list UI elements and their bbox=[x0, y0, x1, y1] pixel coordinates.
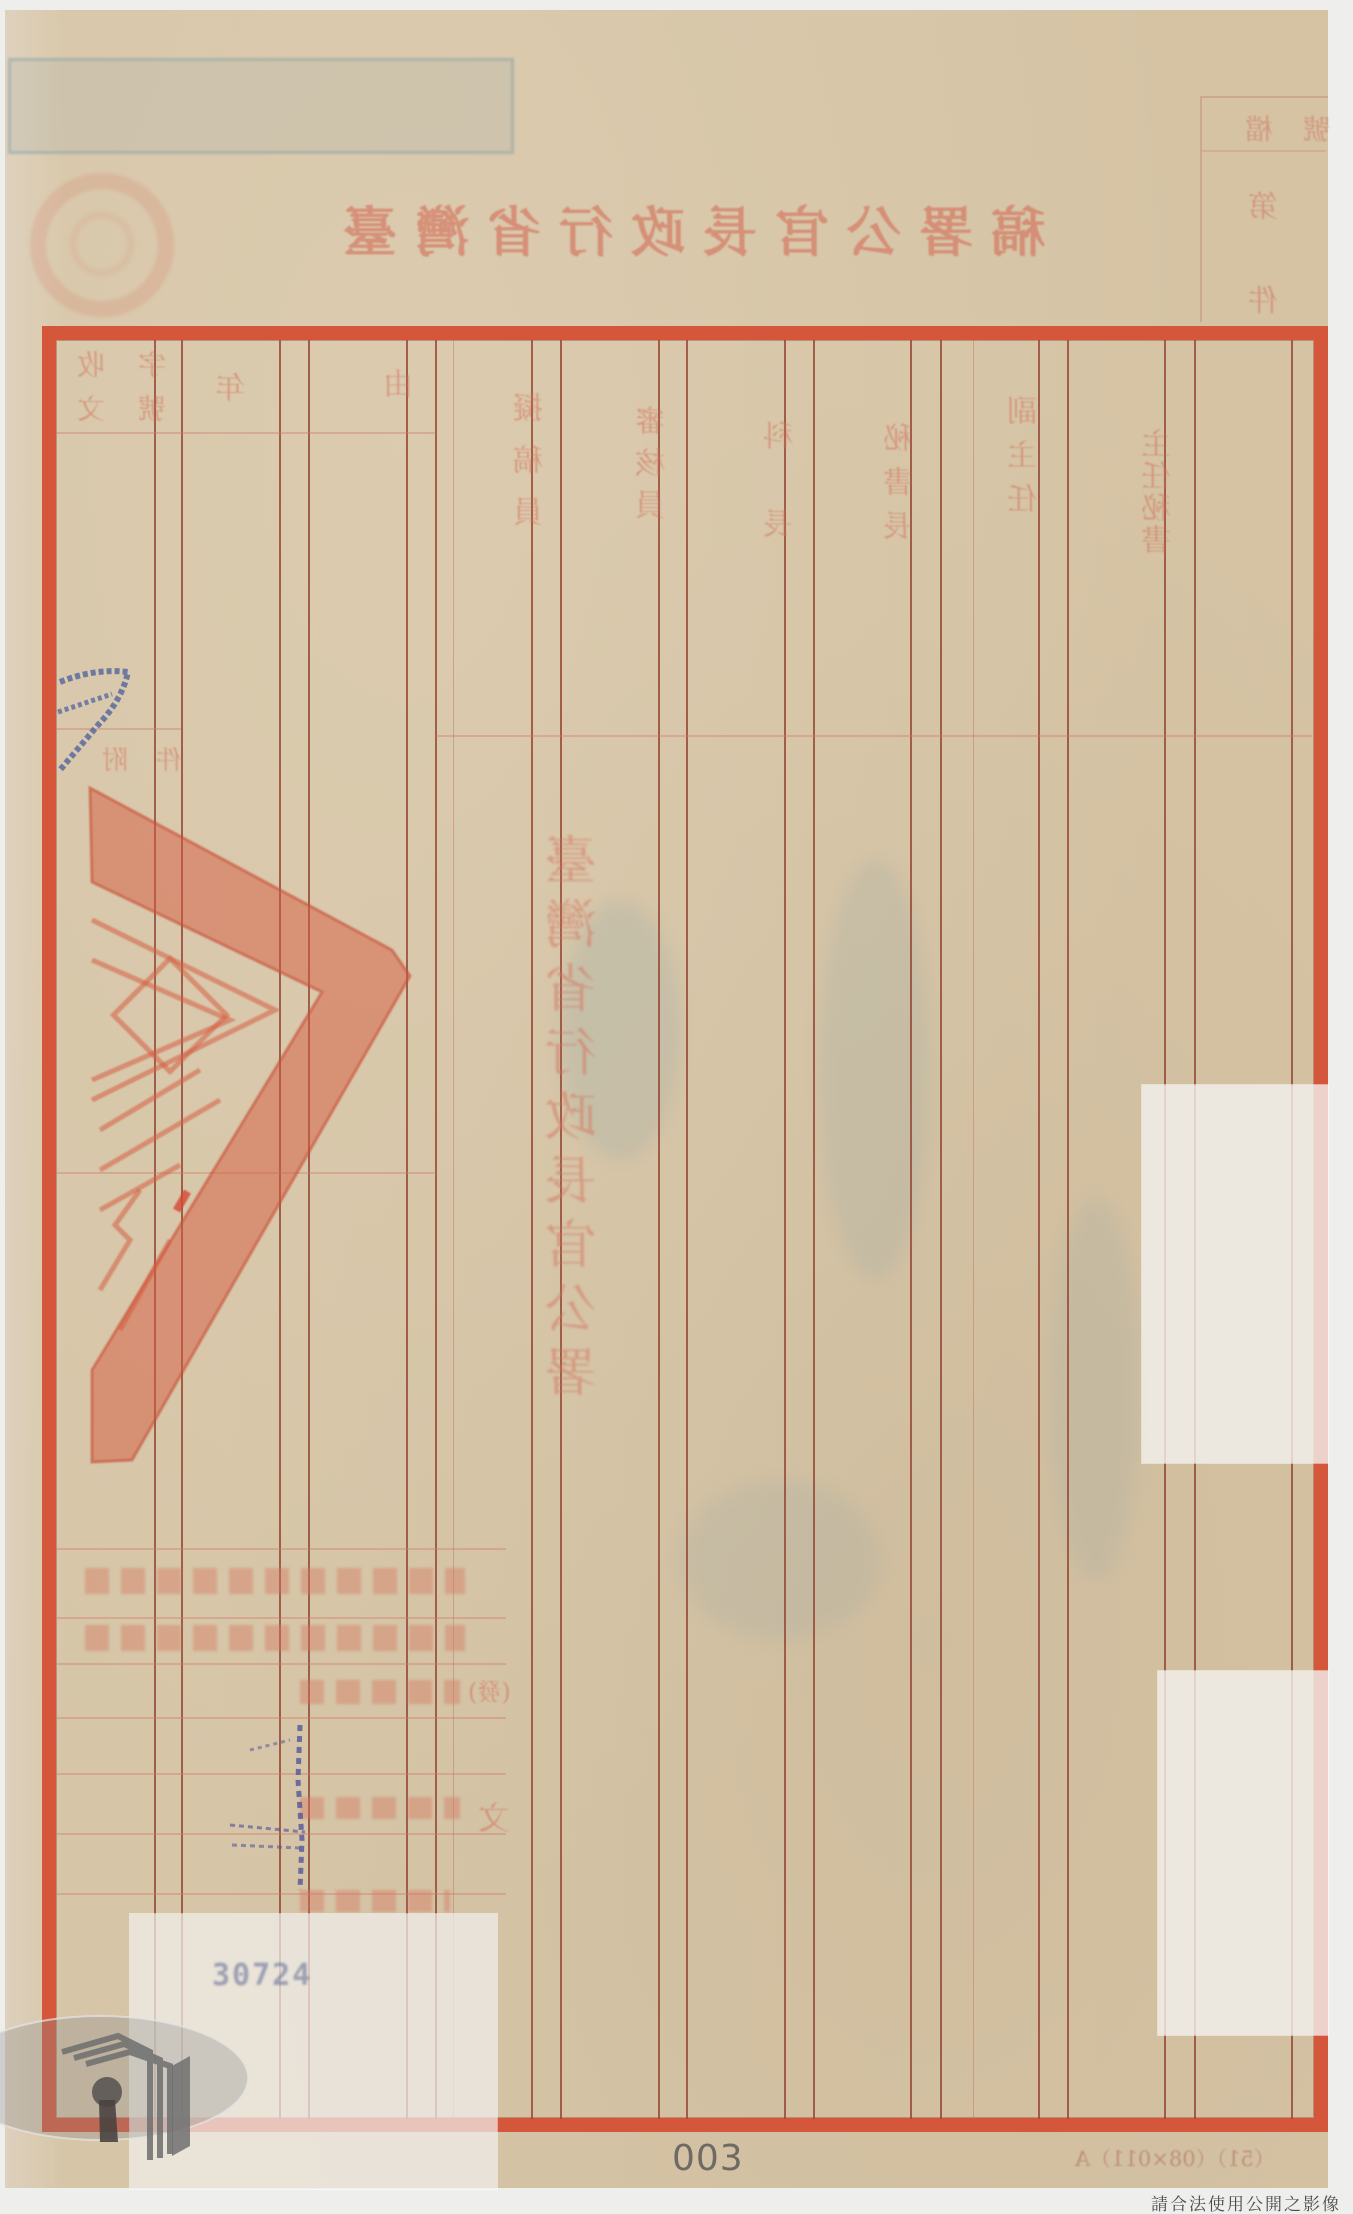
column-rule bbox=[1038, 340, 1040, 2119]
header-label-section-chief: 科 長 bbox=[760, 420, 804, 552]
file-box-divider bbox=[1202, 150, 1326, 152]
stamp-block-row bbox=[56, 1617, 506, 1619]
office-name-print: 臺灣省行政長官公署 bbox=[538, 833, 613, 1409]
stamp-block-row bbox=[56, 1717, 506, 1719]
blue-stamp-box bbox=[8, 58, 514, 154]
document-title: 臺灣省行政長官公署稿 bbox=[325, 200, 1045, 264]
printed-form-code: A（110×80）（15） bbox=[1075, 2143, 1275, 2173]
circle-seal-inner bbox=[70, 212, 134, 276]
column-rule bbox=[784, 340, 786, 2119]
column-rule bbox=[813, 340, 815, 2119]
file-number-label: 檔號 bbox=[1215, 108, 1310, 148]
file-ordinal-label: 第 bbox=[1248, 182, 1278, 226]
header-section-divider bbox=[436, 735, 1312, 737]
handwritten-serial-number: 30724 bbox=[212, 1958, 312, 1993]
stamp-block-top bbox=[56, 1548, 506, 1550]
file-unit-label: 件 bbox=[1248, 276, 1278, 320]
header-label-year: 年 bbox=[212, 372, 256, 402]
illegible-print-row bbox=[300, 1680, 460, 1704]
usage-notice: 請合法使用公開之影像 bbox=[1151, 2190, 1341, 2214]
column-rule bbox=[435, 340, 437, 2119]
official-seal-icon bbox=[60, 770, 420, 1470]
header-label-drafter: 擬稿員 bbox=[510, 392, 554, 548]
header-label-reviewer: 審核員 bbox=[632, 405, 676, 531]
blue-handwriting-icon bbox=[220, 1720, 330, 1900]
column-rule bbox=[658, 340, 660, 2119]
header-label-receipt-number: 收文字號 bbox=[62, 350, 184, 440]
column-rule bbox=[1067, 340, 1069, 2119]
header-label-chief-secretary: 主任秘書 bbox=[1138, 428, 1182, 556]
tape-patch bbox=[1158, 1671, 1328, 2035]
column-rule bbox=[531, 340, 533, 2119]
dispatch-label-wen: 文 bbox=[478, 1793, 510, 1839]
illegible-print-row bbox=[85, 1625, 465, 1651]
tape-patch bbox=[1142, 1085, 1328, 1463]
archive-watermark-logo-icon bbox=[0, 2000, 260, 2180]
illegible-print-row bbox=[85, 1568, 465, 1594]
column-rule bbox=[910, 340, 912, 2119]
header-label-subject: 由 bbox=[380, 368, 424, 398]
blue-pencil-mark-icon bbox=[50, 650, 150, 780]
column-rule-light bbox=[973, 340, 974, 2119]
column-rule-light bbox=[453, 340, 454, 2119]
column-rule bbox=[940, 340, 942, 2119]
handwritten-page-number: 003 bbox=[672, 2138, 744, 2179]
dispatch-label-fa: (發) bbox=[468, 1672, 511, 1707]
stamp-block-row bbox=[56, 1663, 506, 1665]
header-label-secretary-general: 秘書長 bbox=[880, 422, 924, 554]
header-label-deputy-director: 副主任 bbox=[1004, 395, 1048, 527]
column-rule bbox=[686, 340, 688, 2119]
